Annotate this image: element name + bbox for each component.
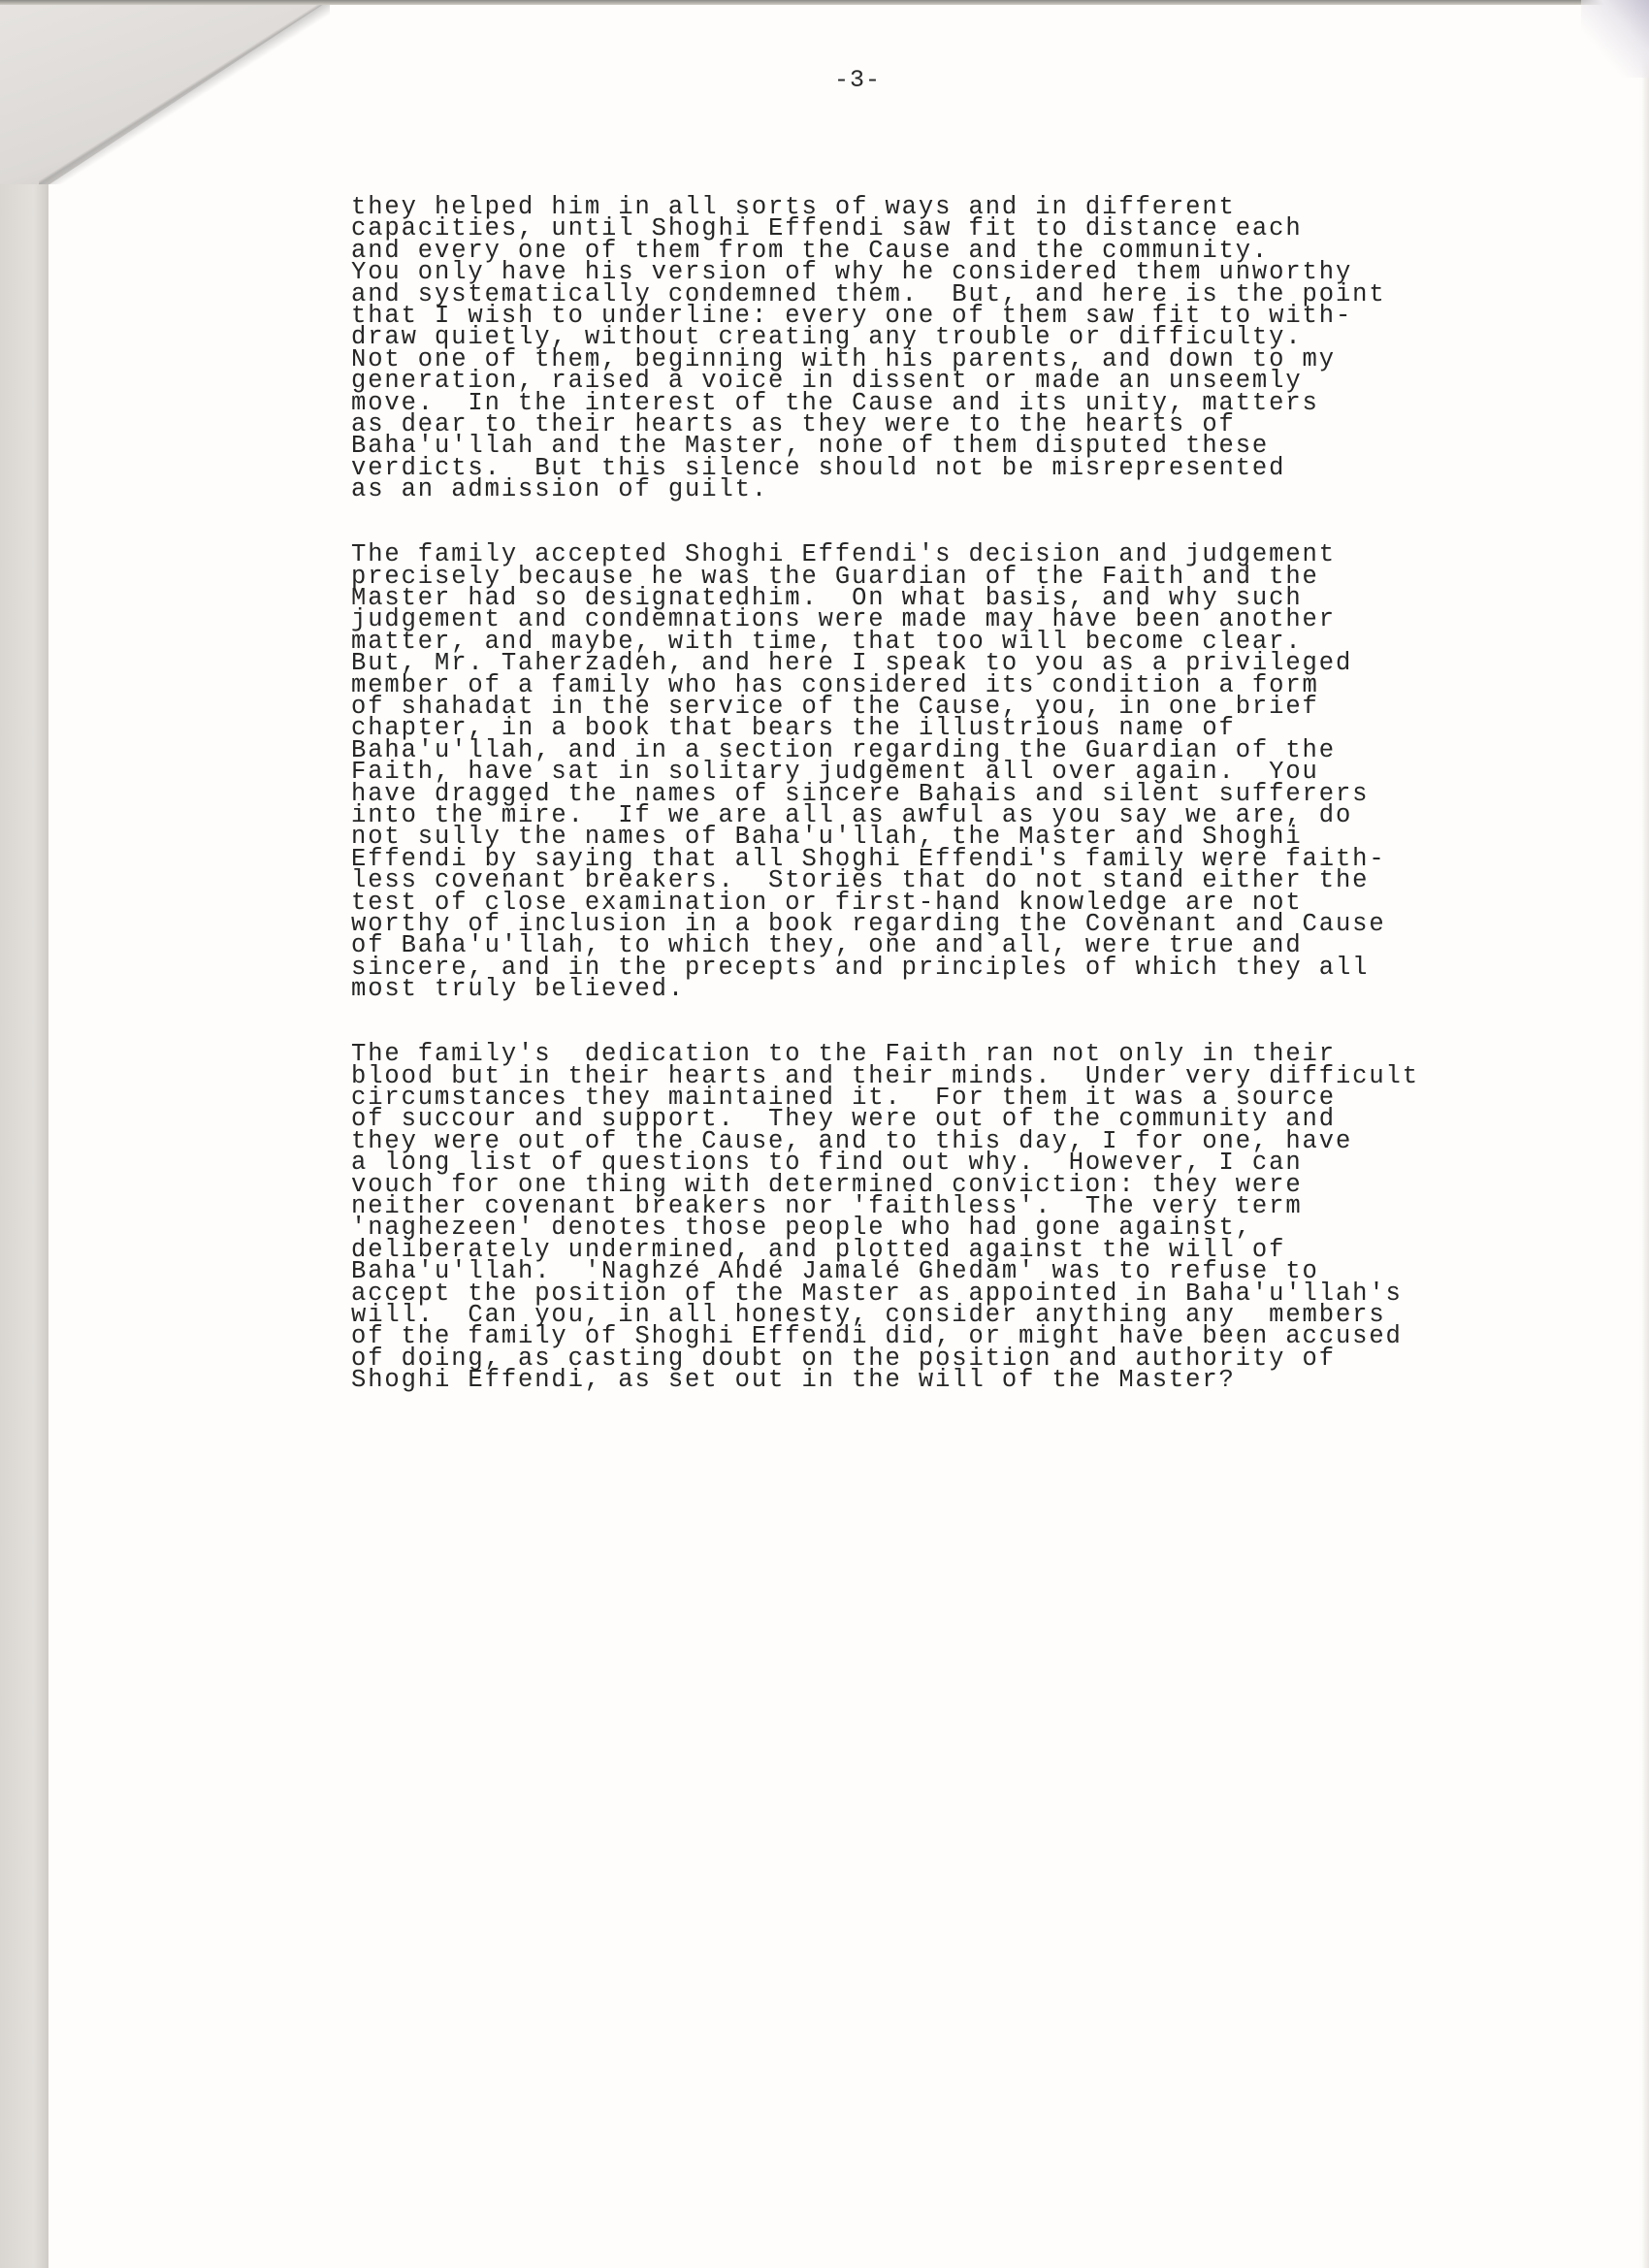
letter-body: they helped him in all sorts of ways and… <box>351 197 1515 1435</box>
scan-border-top <box>0 0 1649 5</box>
text-line: most truly believed. <box>351 979 1515 1000</box>
page-number: -3- <box>834 66 881 94</box>
text-line: as an admission of guilt. <box>351 479 1515 501</box>
paragraph: they helped him in all sorts of ways and… <box>351 197 1515 501</box>
paragraph: The family's dedication to the Faith ran… <box>351 1044 1515 1391</box>
scan-border-left <box>0 0 48 2268</box>
page-right-edge <box>1641 0 1649 2268</box>
text-line: Shoghi Effendi, as set out in the will o… <box>351 1370 1515 1391</box>
paragraph: The family accepted Shoghi Effendi's dec… <box>351 544 1515 1000</box>
top-right-corner-shadow <box>1581 0 1649 78</box>
